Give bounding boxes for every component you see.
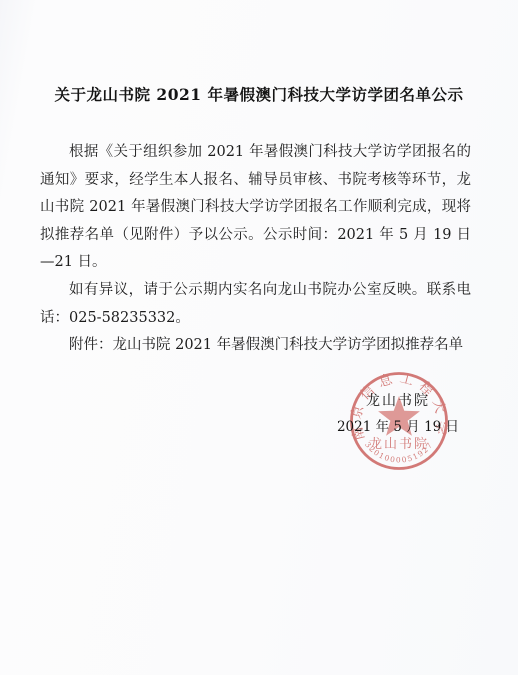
- signature-date: 2021 年 5 月 19 日: [324, 419, 472, 435]
- signature-block: 龙山书院 2021 年 5 月 19 日: [324, 392, 472, 435]
- signature-org: 龙山书院: [324, 392, 472, 410]
- document-title: 关于龙山书院 2021 年暑假澳门科技大学访学团名单公示: [0, 83, 518, 105]
- document-body: 根据《关于组织参加 2021 年暑假澳门科技大学访学团报名的通知》要求，经学生本…: [40, 139, 471, 360]
- paragraph-contact: 如有异议，请于公示期内实名向龙山书院办公室反映。联系电话：025-5823533…: [40, 277, 471, 332]
- paragraph-main: 根据《关于组织参加 2021 年暑假澳门科技大学访学团报名的通知》要求，经学生本…: [40, 139, 471, 277]
- document-page: 关于龙山书院 2021 年暑假澳门科技大学访学团名单公示 根据《关于组织参加 2…: [0, 0, 518, 675]
